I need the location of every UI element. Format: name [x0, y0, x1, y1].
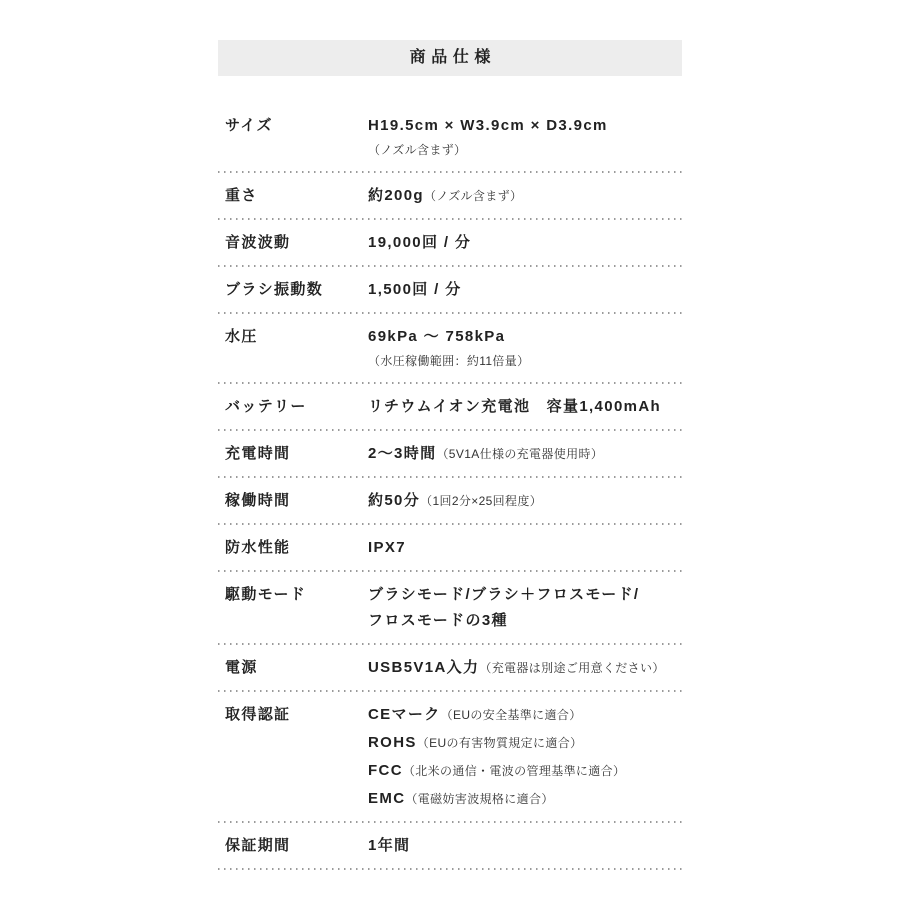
spec-label: 水圧	[218, 326, 368, 347]
spec-main-text: FCC	[368, 762, 403, 779]
section-title: 商品仕様	[218, 40, 682, 76]
spec-label: 防水性能	[218, 537, 368, 558]
spec-label: 充電時間	[218, 443, 368, 464]
row-divider	[218, 868, 682, 870]
spec-value: 2～3時間（5V1A仕様の充電器使用時）	[368, 443, 682, 464]
spec-value-line: （ノズル含まず）	[368, 141, 682, 159]
spec-value-line: （水圧稼働範囲：約11倍量）	[368, 352, 682, 370]
spec-label: 駆動モード	[218, 584, 368, 605]
spec-label: 取得認証	[218, 704, 368, 725]
spec-value: ブラシモード/ブラシ＋フロスモード/フロスモードの3種	[368, 584, 682, 631]
spec-value-line: 1年間	[368, 835, 682, 856]
spec-value-line: 2～3時間（5V1A仕様の充電器使用時）	[368, 443, 682, 464]
spec-value-line: ROHS（EUの有害物質規定に適合）	[368, 732, 682, 753]
spec-row: ブラシ振動数 1,500回 / 分	[218, 267, 682, 314]
spec-value-line: USB5V1A入力（充電器は別途ご用意ください）	[368, 657, 682, 678]
spec-note-text: （水圧稼働範囲：約11倍量）	[368, 354, 530, 368]
spec-main-text: 19,000回 / 分	[368, 234, 471, 251]
spec-label: 電源	[218, 657, 368, 678]
spec-value-line: H19.5cm × W3.9cm × D3.9cm	[368, 115, 682, 136]
spec-value: IPX7	[368, 537, 682, 558]
spec-label: 重さ	[218, 185, 368, 206]
spec-value-line: 約50分（1回2分×25回程度）	[368, 490, 682, 511]
spec-value-line: 約200g（ノズル含まず）	[368, 185, 682, 206]
spec-value: 約200g（ノズル含まず）	[368, 185, 682, 206]
spec-main-text: 約50分	[368, 492, 420, 509]
spec-value-line: CEマーク（EUの安全基準に適合）	[368, 704, 682, 725]
spec-note-text: （電磁妨害波規格に適合）	[405, 792, 553, 806]
spec-note-text: （5V1A仕様の充電器使用時）	[436, 447, 603, 461]
spec-row: 稼働時間 約50分（1回2分×25回程度）	[218, 478, 682, 525]
spec-main-text: EMC	[368, 790, 405, 807]
spec-row: 電源 USB5V1A入力（充電器は別途ご用意ください）	[218, 645, 682, 692]
spec-label: バッテリー	[218, 396, 368, 417]
spec-main-text: ROHS	[368, 734, 417, 751]
spec-main-text: 約200g	[368, 187, 424, 204]
spec-value-line: EMC（電磁妨害波規格に適合）	[368, 788, 682, 809]
spec-value-line: FCC（北米の通信・電波の管理基準に適合）	[368, 760, 682, 781]
spec-value: 19,000回 / 分	[368, 232, 682, 253]
spec-value-line: ブラシモード/ブラシ＋フロスモード/	[368, 584, 682, 605]
spec-value-line: 69kPa ～ 758kPa	[368, 326, 682, 347]
spec-value: 69kPa ～ 758kPa（水圧稼働範囲：約11倍量）	[368, 326, 682, 370]
spec-main-text: リチウムイオン充電池 容量1,400mAh	[368, 398, 661, 415]
spec-value-line: リチウムイオン充電池 容量1,400mAh	[368, 396, 682, 417]
spec-row: 取得認証 CEマーク（EUの安全基準に適合）ROHS（EUの有害物質規定に適合）…	[218, 692, 682, 823]
spec-main-text: CEマーク	[368, 706, 441, 723]
spec-value: リチウムイオン充電池 容量1,400mAh	[368, 396, 682, 417]
spec-row: 防水性能 IPX7	[218, 525, 682, 572]
spec-note-text: （北米の通信・電波の管理基準に適合）	[403, 764, 625, 778]
spec-note-text: （ノズル含まず）	[368, 143, 466, 157]
spec-main-text: ブラシモード/ブラシ＋フロスモード/	[368, 586, 639, 603]
spec-main-text: H19.5cm × W3.9cm × D3.9cm	[368, 117, 608, 134]
spec-value: 約50分（1回2分×25回程度）	[368, 490, 682, 511]
spec-value: 1,500回 / 分	[368, 279, 682, 300]
spec-main-text: USB5V1A入力	[368, 659, 479, 676]
spec-note-text: （充電器は別途ご用意ください）	[479, 661, 664, 675]
spec-row: 保証期間 1年間	[218, 823, 682, 870]
spec-value-line: フロスモードの3種	[368, 610, 682, 631]
spec-main-text: 1年間	[368, 837, 410, 854]
spec-value-line: IPX7	[368, 537, 682, 558]
spec-main-text: フロスモードの3種	[368, 612, 508, 629]
spec-main-text: 1,500回 / 分	[368, 281, 462, 298]
spec-row: 重さ 約200g（ノズル含まず）	[218, 173, 682, 220]
spec-row: 音波波動 19,000回 / 分	[218, 220, 682, 267]
spec-main-text: IPX7	[368, 539, 406, 556]
spec-row: バッテリー リチウムイオン充電池 容量1,400mAh	[218, 384, 682, 431]
spec-value-line: 1,500回 / 分	[368, 279, 682, 300]
spec-value: 1年間	[368, 835, 682, 856]
spec-label: 稼働時間	[218, 490, 368, 511]
spec-value: H19.5cm × W3.9cm × D3.9cm（ノズル含まず）	[368, 115, 682, 159]
spec-value-line: 19,000回 / 分	[368, 232, 682, 253]
spec-value: USB5V1A入力（充電器は別途ご用意ください）	[368, 657, 682, 678]
spec-row: 充電時間 2～3時間（5V1A仕様の充電器使用時）	[218, 431, 682, 478]
spec-value: CEマーク（EUの安全基準に適合）ROHS（EUの有害物質規定に適合）FCC（北…	[368, 704, 682, 809]
spec-label: 音波波動	[218, 232, 368, 253]
spec-row: 駆動モード ブラシモード/ブラシ＋フロスモード/フロスモードの3種	[218, 572, 682, 645]
spec-note-text: （1回2分×25回程度）	[420, 494, 542, 508]
spec-label: サイズ	[218, 115, 368, 136]
spec-row: 水圧 69kPa ～ 758kPa（水圧稼働範囲：約11倍量）	[218, 314, 682, 384]
spec-note-text: （ノズル含まず）	[424, 189, 522, 203]
spec-label: 保証期間	[218, 835, 368, 856]
spec-main-text: 69kPa ～ 758kPa	[368, 328, 505, 345]
spec-main-text: 2～3時間	[368, 445, 436, 462]
spec-label: ブラシ振動数	[218, 279, 368, 300]
spec-table: サイズ H19.5cm × W3.9cm × D3.9cm（ノズル含まず） 重さ…	[218, 103, 682, 870]
spec-sheet: 商品仕様 サイズ H19.5cm × W3.9cm × D3.9cm（ノズル含ま…	[218, 40, 682, 870]
spec-note-text: （EUの安全基準に適合）	[441, 708, 582, 722]
spec-row: サイズ H19.5cm × W3.9cm × D3.9cm（ノズル含まず）	[218, 103, 682, 173]
spec-note-text: （EUの有害物質規定に適合）	[417, 736, 583, 750]
